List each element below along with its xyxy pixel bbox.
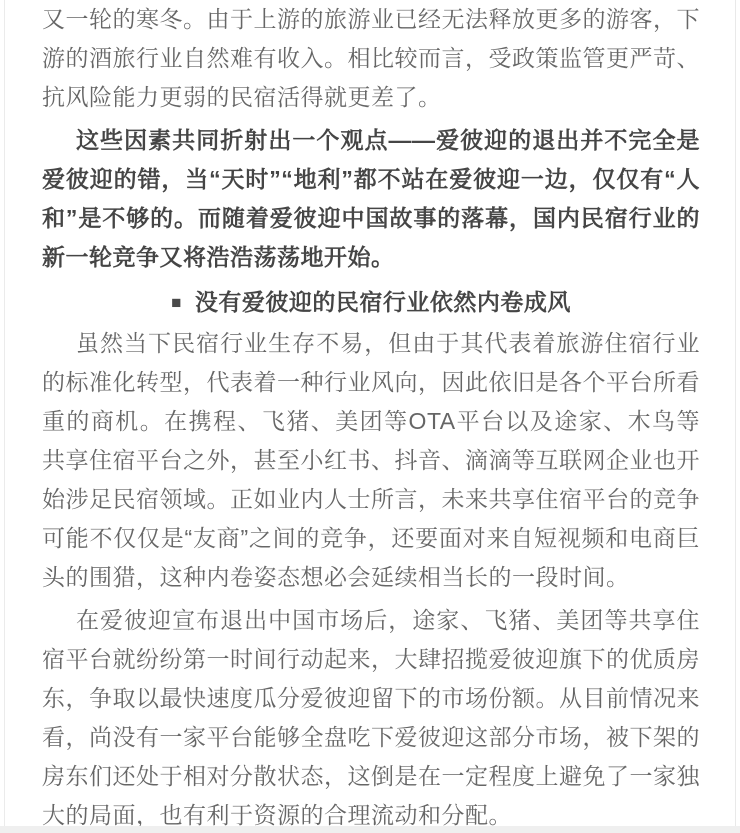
page-bottom-edge bbox=[0, 826, 740, 833]
article-body: 又一轮的寒冬。由于上游的旅游业已经无法释放更多的游客，下游的酒旅行业自然难有收入… bbox=[0, 0, 740, 826]
paragraph-industry-competition: 虽然当下民宿行业生存不易，但由于其代表着旅游住宿行业的标准化转型，代表着一种行业… bbox=[42, 324, 700, 597]
section-heading: ■没有爱彼迎的民宿行业依然内卷成风 bbox=[42, 283, 700, 324]
paragraph-winter-continuation: 又一轮的寒冬。由于上游的旅游业已经无法释放更多的游客，下游的酒旅行业自然难有收入… bbox=[42, 0, 700, 117]
paragraph-market-share: 在爱彼迎宣布退出中国市场后，途家、飞猪、美团等共享住宿平台就纷纷第一时间行动起来… bbox=[42, 601, 700, 826]
article-page: 又一轮的寒冬。由于上游的旅游业已经无法释放更多的游客，下游的酒旅行业自然难有收入… bbox=[0, 0, 740, 833]
paragraph-emphasis-viewpoint: 这些因素共同折射出一个观点——爱彼迎的退出并不完全是爱彼迎的错，当“天时”“地利… bbox=[42, 121, 700, 277]
section-heading-label: 没有爱彼迎的民宿行业依然内卷成风 bbox=[195, 289, 571, 315]
page-right-edge bbox=[735, 0, 736, 833]
square-bullet-icon: ■ bbox=[171, 283, 182, 322]
page-left-edge bbox=[4, 0, 5, 833]
